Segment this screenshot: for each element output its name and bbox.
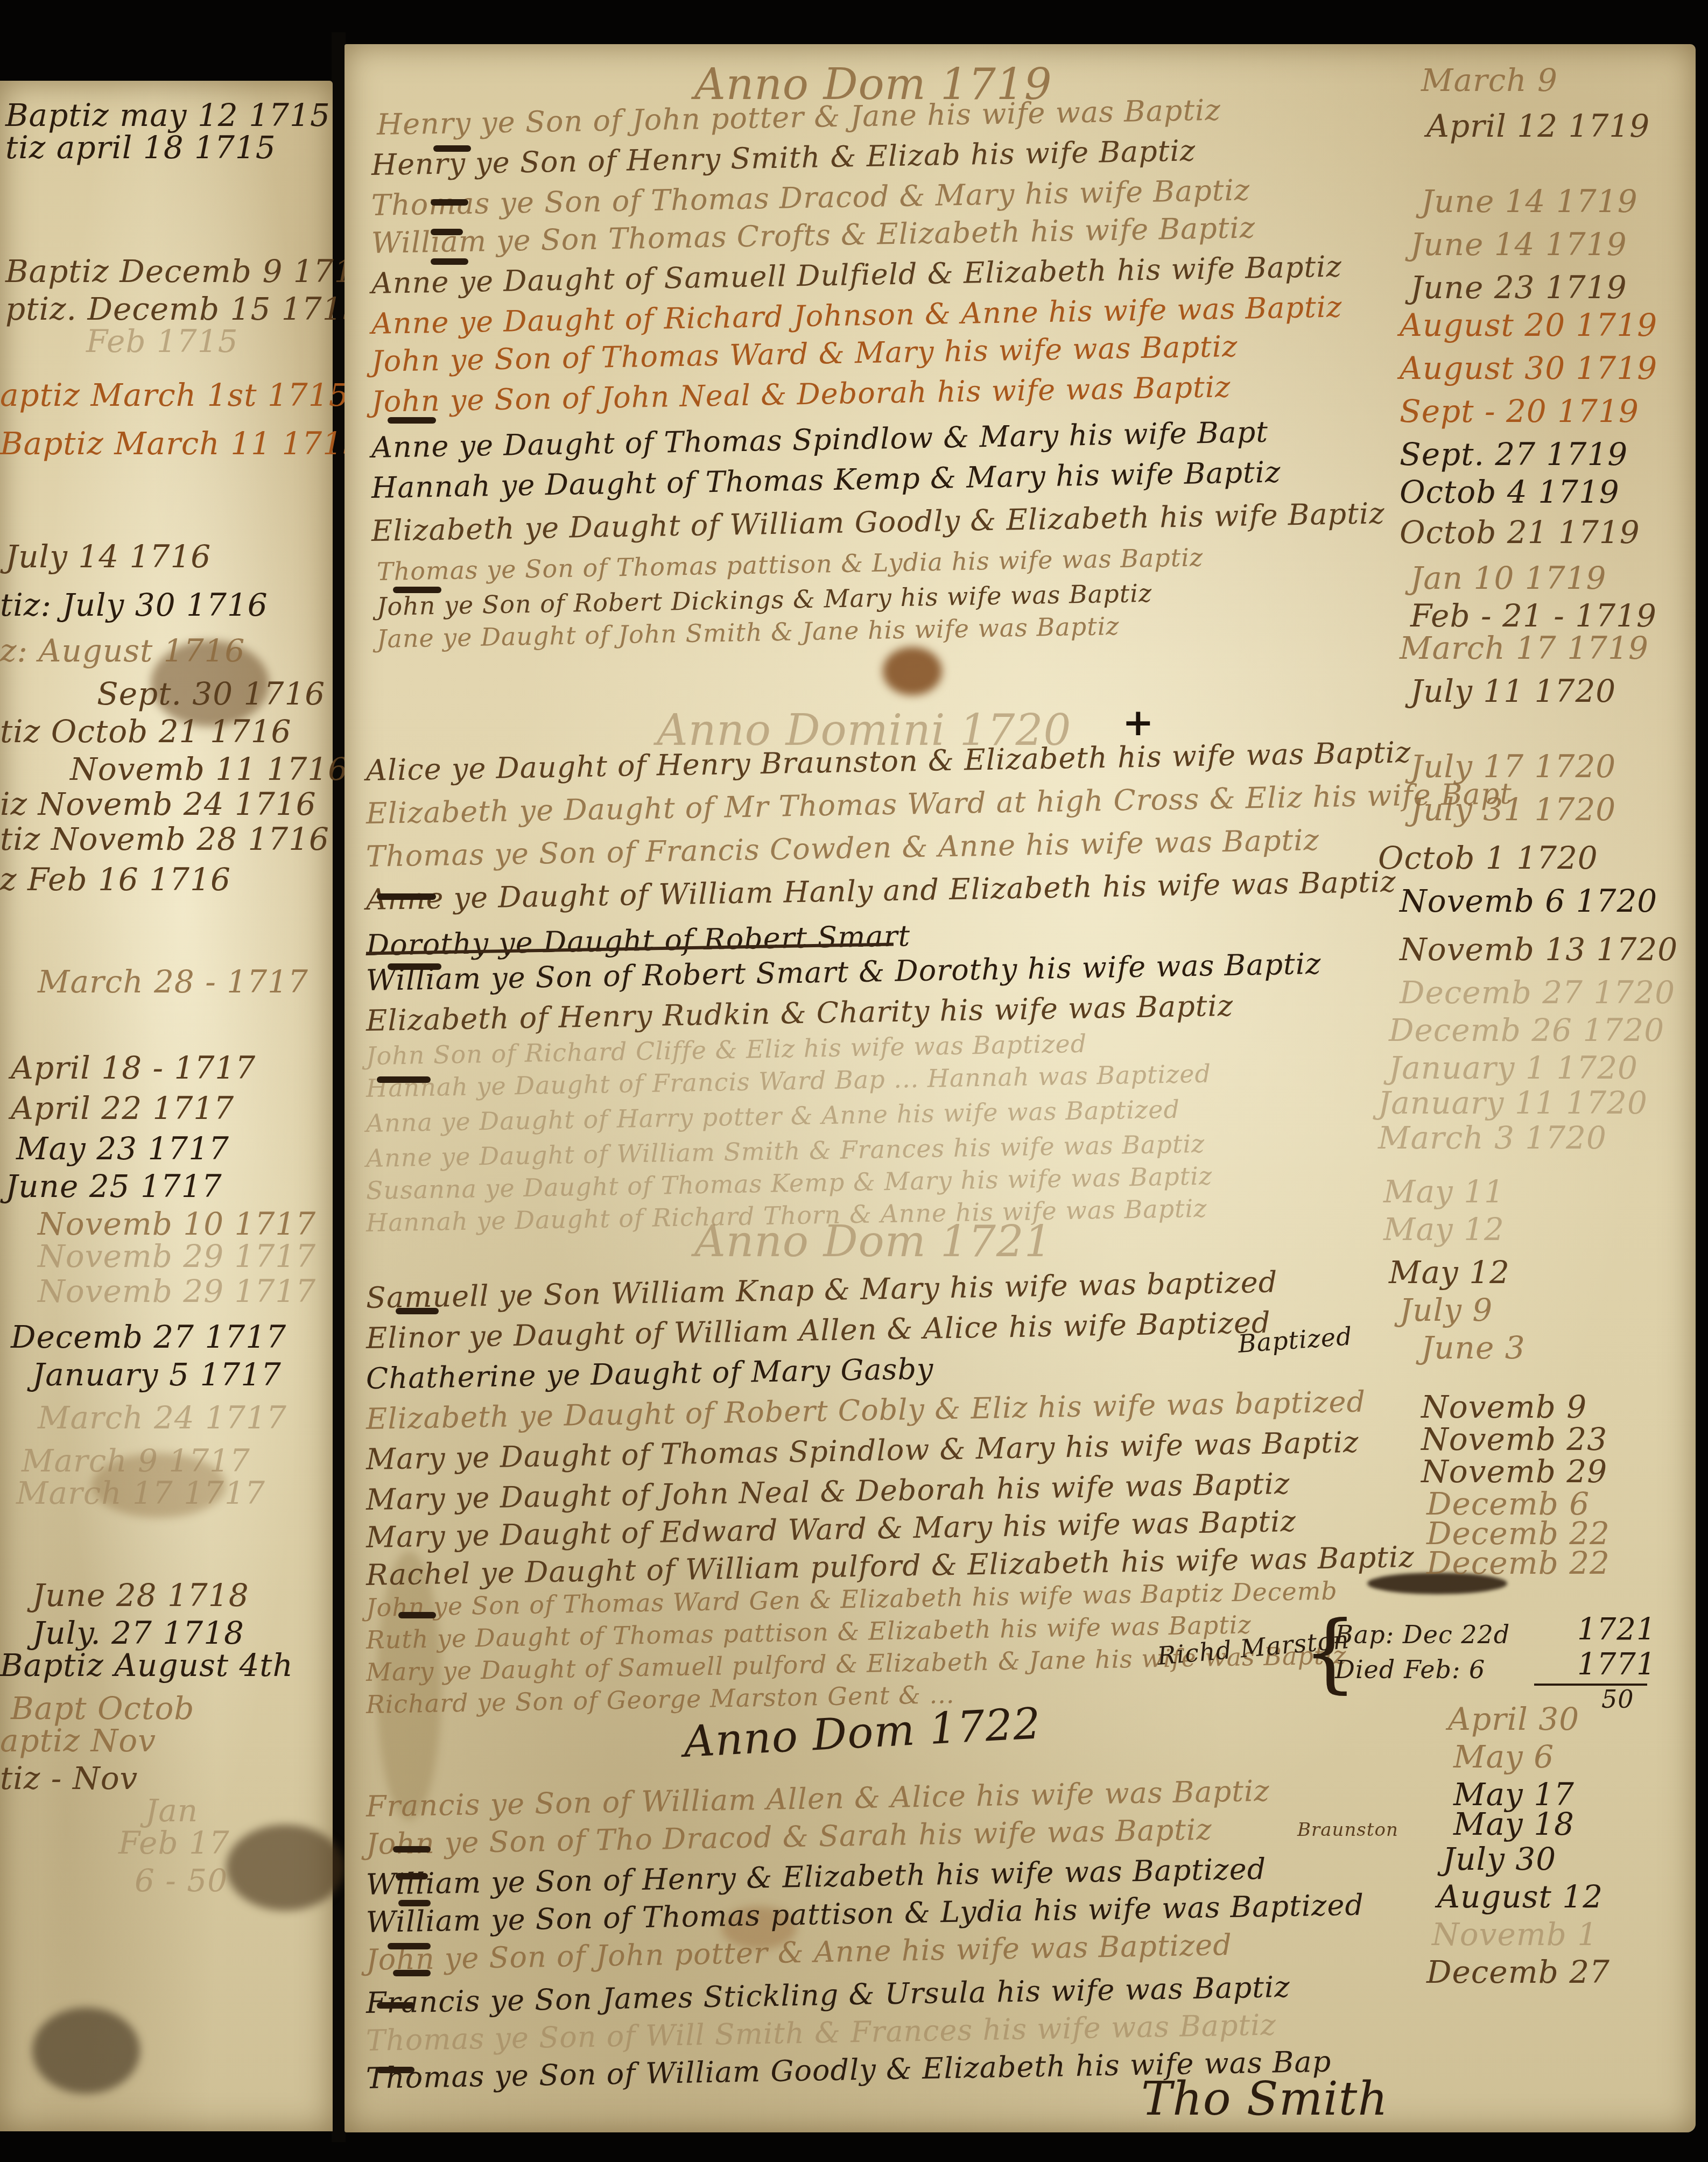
baptism-date: January 11 1720 <box>1378 1084 1648 1121</box>
left-entry: Novemb 29 1717 <box>38 1238 316 1274</box>
baptism-date: March 3 1720 <box>1378 1119 1607 1156</box>
left-entry: Baptiz Decemb 9 1715 <box>5 253 375 290</box>
left-entry: January 5 1717 <box>32 1356 282 1393</box>
margin-note-braunston: Braunston <box>1297 1819 1398 1841</box>
annotation-baptized-year: 1721 <box>1577 1612 1656 1647</box>
left-entry: tiz - Nov <box>0 1760 138 1797</box>
baptism-date: Decemb 26 1720 <box>1389 1012 1664 1048</box>
ink-stain <box>32 2008 140 2094</box>
baptism-date: Sept - 20 1719 <box>1400 393 1639 429</box>
annotation-died: Died Feb: 6 <box>1335 1655 1485 1684</box>
baptism-date: Octob 1 1720 <box>1378 840 1598 876</box>
left-entry: April 22 1717 <box>11 1090 234 1126</box>
left-entry: 6 - 50 <box>135 1862 228 1899</box>
baptism-date: Octob 4 1719 <box>1400 474 1620 510</box>
left-entry: Baptiz may 12 1715 <box>5 97 331 133</box>
left-entry: iz Novemb 24 1716 <box>0 786 317 822</box>
left-entry: July. 27 1718 <box>32 1615 244 1651</box>
baptism-date: Novemb 9 <box>1421 1389 1587 1425</box>
baptism-date: July 11 1720 <box>1410 673 1616 709</box>
annotation-age: 50 <box>1601 1685 1634 1714</box>
tally-mark <box>398 1612 436 1618</box>
left-entry: aptiz Nov <box>0 1722 156 1759</box>
tally-mark <box>388 1943 431 1949</box>
left-entry: z Feb 16 1716 <box>0 861 231 898</box>
baptism-date: Sept. 27 1719 <box>1400 436 1628 473</box>
baptism-date: April 12 1719 <box>1426 108 1650 144</box>
baptism-date: August 30 1719 <box>1400 350 1657 386</box>
tally-mark <box>388 963 441 970</box>
baptism-date: Decemb 27 1720 <box>1400 974 1675 1011</box>
tally-mark <box>398 1900 431 1906</box>
left-entry: July 14 1716 <box>5 538 211 575</box>
baptism-date: July 9 <box>1400 1292 1493 1328</box>
tally-mark <box>393 1846 431 1853</box>
left-entry: Novemb 11 1716 <box>70 751 348 787</box>
left-entry: Sept. 30 1716 <box>97 675 325 712</box>
left-entry: Decemb 27 1717 <box>11 1319 286 1355</box>
left-entry: Feb 1715 <box>86 323 238 360</box>
tally-mark <box>393 587 441 593</box>
baptism-date: Feb - 21 - 1719 <box>1410 597 1657 634</box>
baptism-date: Decemb 27 <box>1426 1954 1610 1990</box>
baptism-date: July 30 <box>1443 1841 1556 1877</box>
left-entry: Bapt Octob <box>11 1690 194 1727</box>
baptism-date: June 14 1719 <box>1421 183 1638 220</box>
ink-stain <box>883 647 942 695</box>
left-entry: Baptiz August 4th <box>0 1647 293 1684</box>
baptism-date: May 6 <box>1453 1738 1554 1775</box>
left-entry: tiz april 18 1715 <box>5 129 276 166</box>
tally-mark <box>377 1076 431 1083</box>
left-entry: March 28 - 1717 <box>38 963 308 1000</box>
tally-mark <box>377 2067 414 2073</box>
left-entry: Jan <box>145 1792 198 1829</box>
baptism-date: April 30 <box>1448 1701 1579 1737</box>
baptism-date: June 3 <box>1421 1329 1526 1366</box>
tally-mark <box>388 417 436 424</box>
baptism-date: Novemb 13 1720 <box>1400 931 1678 968</box>
ink-stain <box>226 1825 345 1911</box>
tally-mark <box>393 1970 431 1976</box>
signature: Tho Smith <box>1141 2072 1388 2126</box>
baptism-date: Octob 21 1719 <box>1400 514 1640 551</box>
left-entry: March 24 1717 <box>38 1399 287 1436</box>
left-entry: Baptiz March 11 1715 <box>0 425 363 462</box>
tally-mark <box>396 1308 439 1314</box>
left-entry: aptiz March 1st 1715 <box>0 377 349 413</box>
year-heading-1721: Anno Dom 1721 <box>694 1216 1052 1266</box>
tally-mark <box>433 145 471 152</box>
tally-mark <box>396 1873 428 1879</box>
baptism-date: August 20 1719 <box>1400 307 1657 343</box>
left-entry: April 18 - 1717 <box>11 1050 256 1086</box>
baptism-date: March 9 <box>1421 62 1558 98</box>
left-entry: Feb 17 <box>118 1825 230 1861</box>
left-entry: Novemb 29 1717 <box>38 1273 316 1309</box>
baptism-date: May 11 <box>1383 1173 1505 1210</box>
tally-mark <box>377 2002 414 2009</box>
annotation-died-year: 1771 <box>1577 1647 1656 1682</box>
left-entry: June 25 1717 <box>5 1168 222 1205</box>
baptism-date: June 23 1719 <box>1410 269 1627 306</box>
baptism-date: July 17 1720 <box>1410 748 1616 785</box>
baptism-date: June 14 1719 <box>1410 226 1627 263</box>
baptism-date: May 18 <box>1453 1806 1575 1842</box>
baptism-date: Novemb 1 <box>1432 1916 1598 1953</box>
annotation-baptized: Bap: Dec 22d <box>1335 1620 1510 1649</box>
baptism-date: July 31 1720 <box>1410 791 1616 828</box>
tally-mark <box>377 893 436 900</box>
baptism-date: August 12 <box>1437 1878 1603 1915</box>
baptism-date: Novemb 6 1720 <box>1400 883 1657 919</box>
left-entry: March 9 1717 <box>22 1442 250 1479</box>
baptism-date: Novemb 29 <box>1421 1453 1607 1490</box>
left-entry: z: August 1716 <box>0 632 245 669</box>
left-entry: tiz Octob 21 1716 <box>0 713 292 750</box>
left-entry: tiz: July 30 1716 <box>0 587 268 623</box>
left-entry: June 28 1718 <box>32 1577 249 1614</box>
left-entry: March 17 1717 <box>16 1475 265 1511</box>
left-entry: May 23 1717 <box>16 1130 229 1167</box>
baptism-date: Decemb 22 <box>1426 1545 1610 1581</box>
book-gutter <box>332 32 346 2142</box>
baptism-date: May 12 <box>1383 1211 1505 1248</box>
left-entry: Novemb 10 1717 <box>38 1206 316 1242</box>
cross-mark: + <box>1122 700 1154 744</box>
tally-mark <box>431 229 463 235</box>
baptism-date: March 17 1719 <box>1400 630 1649 666</box>
baptism-date: January 1 1720 <box>1389 1050 1638 1086</box>
baptism-date: May 12 <box>1389 1254 1510 1291</box>
left-entry: tiz Novemb 28 1716 <box>0 821 329 857</box>
left-entry: ptiz. Decemb 15 1715 <box>5 291 363 327</box>
tally-mark <box>431 258 468 265</box>
tally-mark <box>431 199 468 206</box>
baptism-date: Novemb 23 <box>1421 1421 1607 1457</box>
baptism-date: Jan 10 1719 <box>1410 560 1606 596</box>
